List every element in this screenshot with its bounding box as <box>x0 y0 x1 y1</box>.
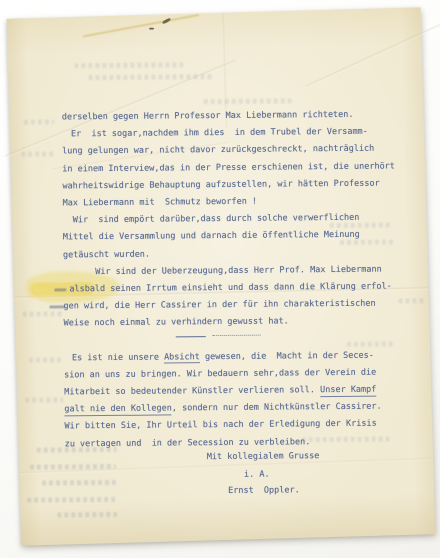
bleedthrough-mark <box>74 62 184 68</box>
bleedthrough-mark <box>30 464 116 470</box>
bleedthrough-mark <box>25 397 63 402</box>
ink-layer: derselben gegen Herrn Professor Max Lieb… <box>0 0 440 558</box>
bleedthrough-mark <box>88 74 213 80</box>
underlined-text: Absicht <box>164 352 200 364</box>
body-line: gen wird, die Herr Cassirer in der für i… <box>63 295 401 315</box>
bleedthrough-mark <box>42 480 116 486</box>
photo-background: derselben gegen Herrn Professor Max Lieb… <box>0 0 440 558</box>
scratch-mark <box>83 14 199 37</box>
text-segment: , sondern nur dem Nichtkünstler Cassirer… <box>172 402 382 414</box>
bleedthrough-mark <box>27 497 117 503</box>
bleedthrough-mark <box>23 311 63 316</box>
bleedthrough-mark <box>57 512 117 518</box>
bleedthrough-mark <box>398 298 426 303</box>
body-line: Wir bitten Sie, Ihr Urteil bis nach der … <box>64 416 402 436</box>
bleedthrough-mark <box>24 119 54 124</box>
letter-body: derselben gegen Herrn Professor Max Lieb… <box>62 106 403 453</box>
body-line: wahrheitswidrige Behauptung aufzustellen… <box>62 175 400 195</box>
underlined-text: galt nie den Kollegen <box>64 404 172 416</box>
closing-salutation: Mit kollegialem Grusse <box>207 451 320 462</box>
ink-speck <box>149 28 154 30</box>
divider-dots <box>213 331 261 336</box>
divider-dash <box>176 337 206 338</box>
signature-name: Ernst Oppler. <box>228 485 300 496</box>
body-line: zu vertagen und in der Secession zu verb… <box>65 433 403 453</box>
bleedthrough-mark <box>29 357 61 362</box>
bleedthrough-mark <box>21 151 55 156</box>
bleedthrough-mark <box>204 98 292 104</box>
text-segment: gewesen, die Macht in der Seces- <box>200 350 374 362</box>
text-segment: Mitarbeit so bedeutender Künstler verlie… <box>64 385 320 397</box>
underlined-text: Unser Kampf <box>320 385 376 397</box>
closing-per-pro: i. A. <box>244 470 270 480</box>
text-segment: Es ist nie unsere <box>72 352 164 363</box>
body-line: Mittel die Versammlung und darnach die ö… <box>63 227 401 247</box>
